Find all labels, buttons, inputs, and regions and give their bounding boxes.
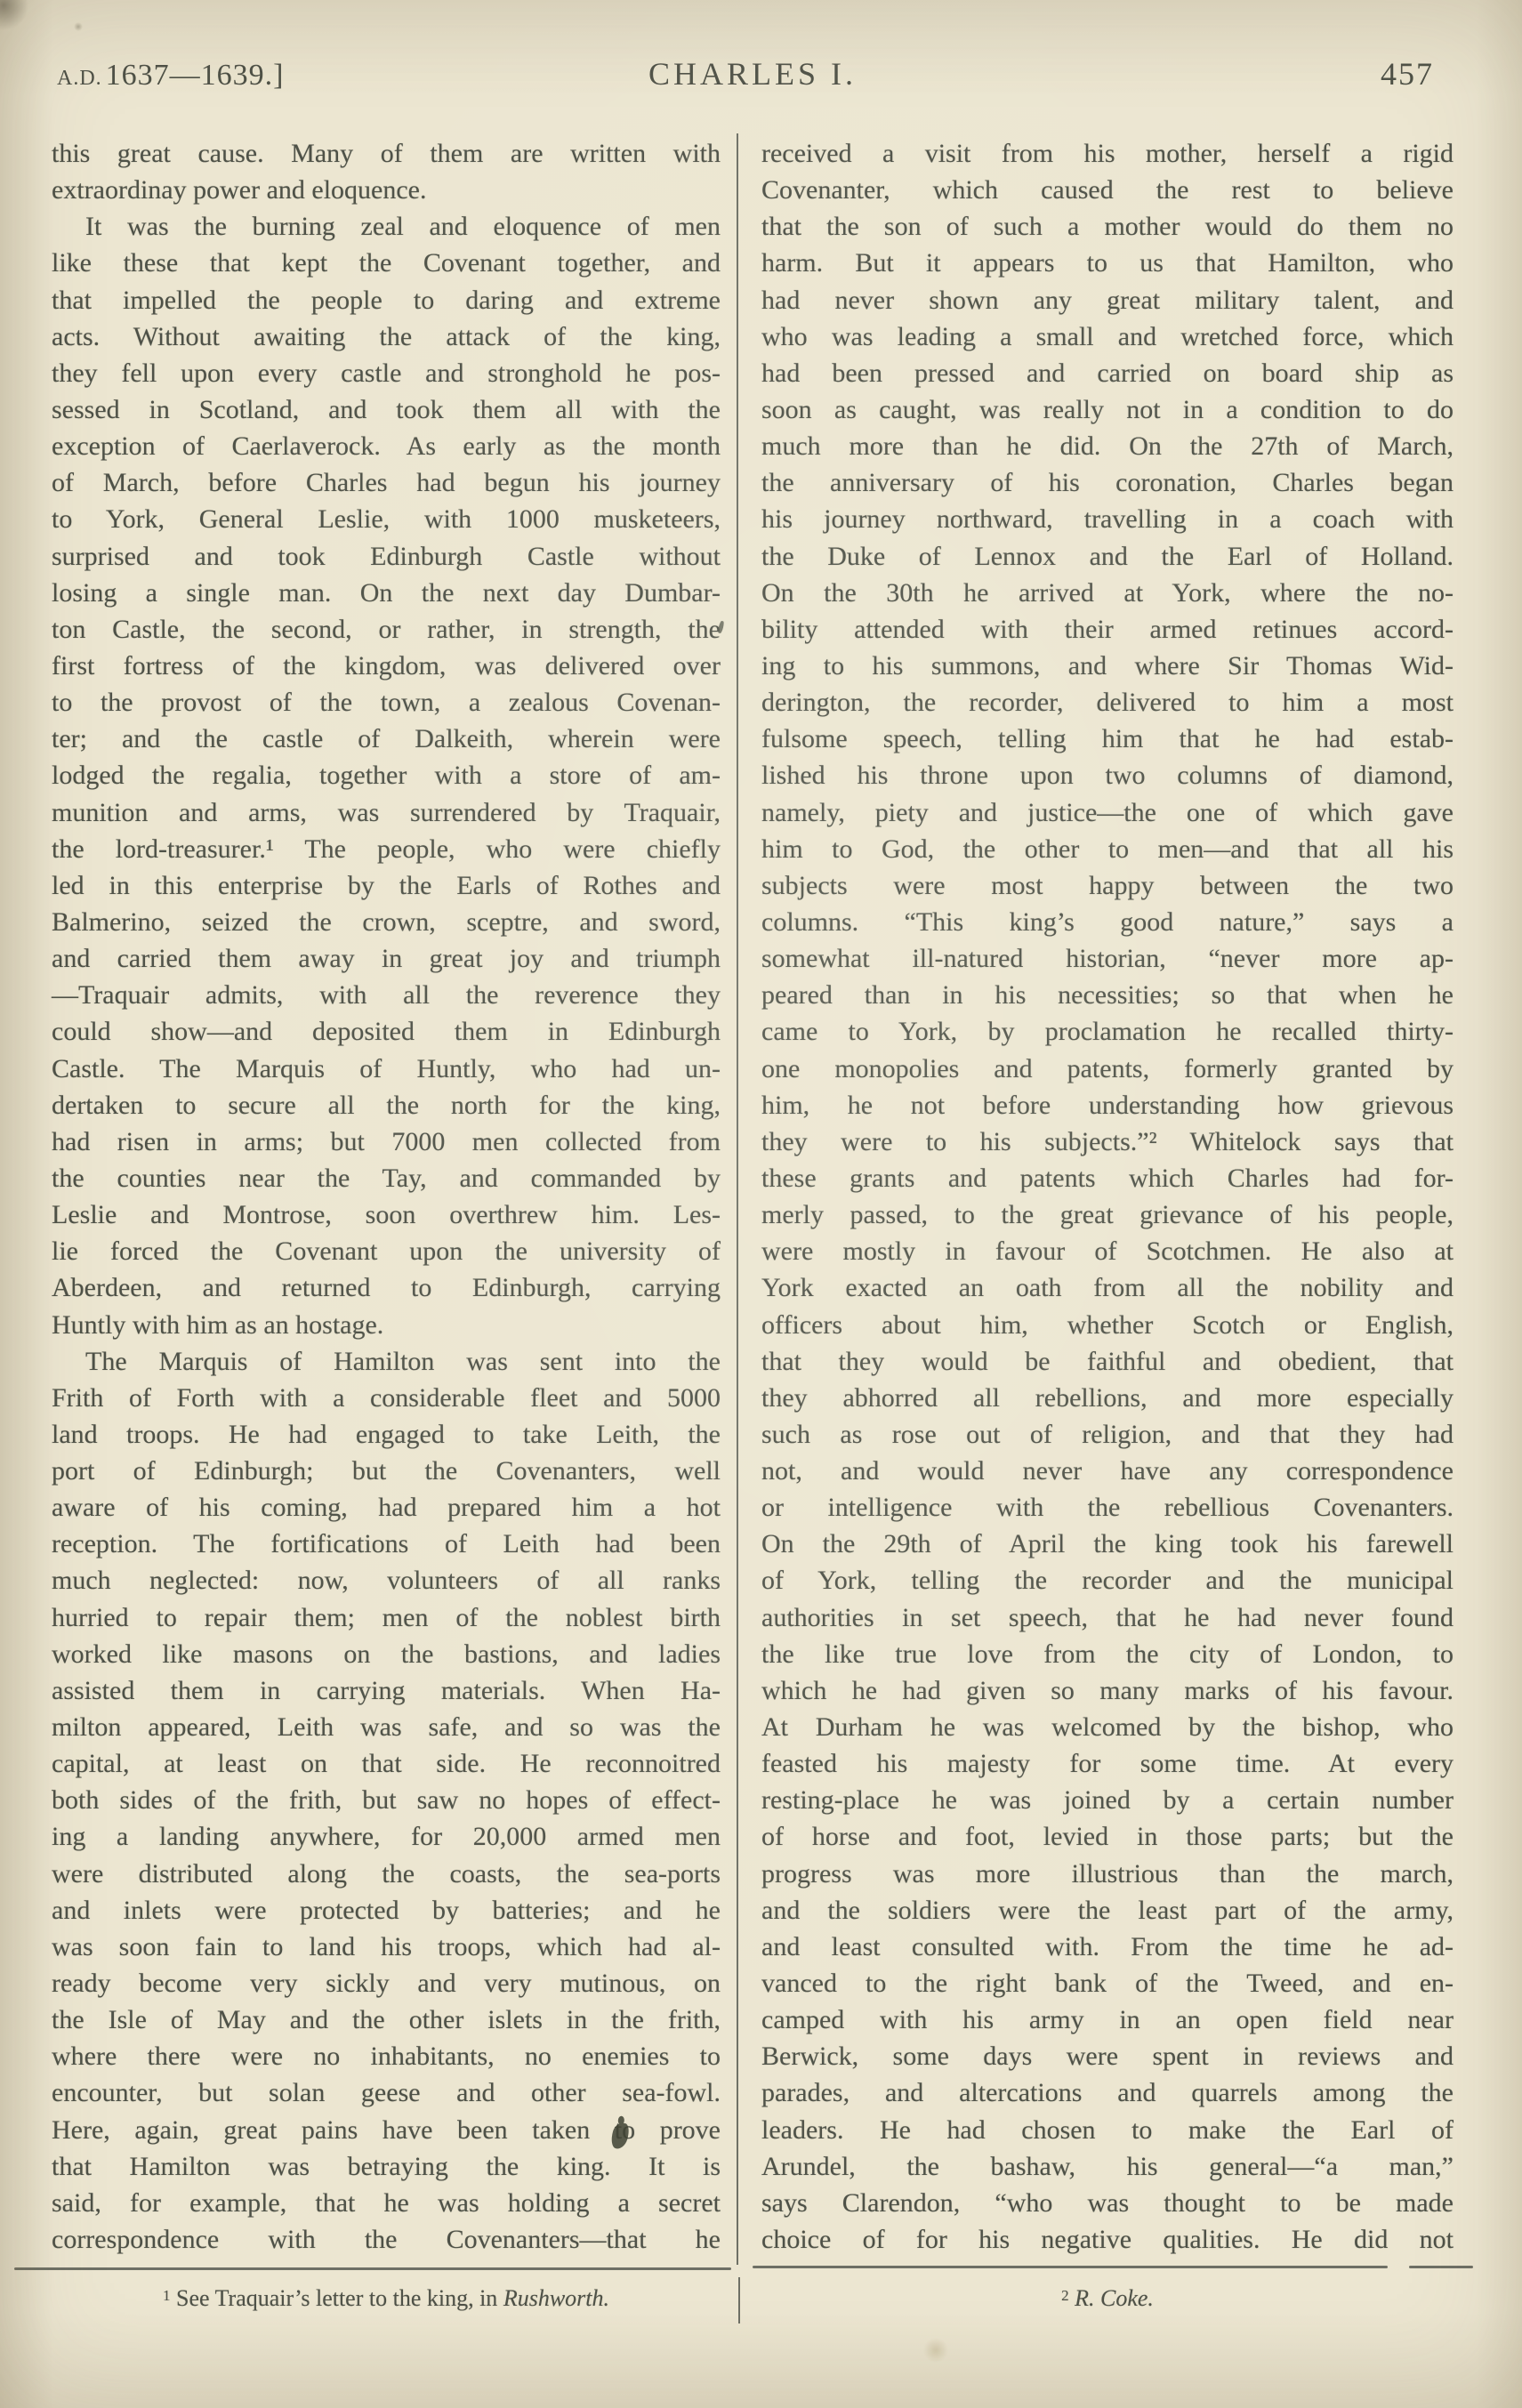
text-line: encounter, but solan geese and other sea…: [52, 2074, 721, 2111]
text-line: fulsome speech, telling him that he had …: [761, 721, 1454, 757]
footnote-marker: 2: [1061, 2287, 1069, 2304]
text-line: that Hamilton was betraying the king. It…: [52, 2148, 721, 2185]
text-line: the lord-treasurer.¹ The people, who wer…: [52, 831, 721, 867]
text-line: York exacted an oath from all the nobili…: [761, 1269, 1454, 1306]
text-line: columns. “This king’s good nature,” says…: [761, 904, 1454, 940]
text-line: harm. But it appears to us that Hamilton…: [761, 245, 1454, 281]
text-line: derington, the recorder, delivered to hi…: [761, 684, 1454, 721]
text-line: resting-place he was joined by a certain…: [761, 1782, 1454, 1818]
text-line: not, and would never have any correspond…: [761, 1453, 1454, 1489]
text-line: came to York, by proclamation he recalle…: [761, 1013, 1454, 1050]
text-line: such as rose out of religion, and that t…: [761, 1416, 1454, 1453]
text-line: hurried to repair them; men of the noble…: [52, 1599, 721, 1636]
text-line: subjects were most happy between the two: [761, 867, 1454, 904]
text-line: they were to his subjects.”² Whitelock s…: [761, 1123, 1454, 1160]
text-line: Arundel, the bashaw, his general—“a man,…: [761, 2148, 1454, 2185]
text-line: and least consulted with. From the time …: [761, 1929, 1454, 1965]
text-line: It was the burning zeal and eloquence of…: [52, 208, 721, 245]
text-line: was soon fain to land his troops, which …: [52, 1929, 721, 1965]
text-line: Leslie and Montrose, soon overthrew him.…: [52, 1196, 721, 1233]
text-line: to York, General Leslie, with 1000 muske…: [52, 501, 721, 537]
text-line: camped with his army in an open field ne…: [761, 2001, 1454, 2038]
text-line: received a visit from his mother, hersel…: [761, 135, 1454, 172]
text-line: to the provost of the town, a zealous Co…: [52, 684, 721, 721]
text-line: lodged the regalia, together with a stor…: [52, 757, 721, 793]
text-line: soon as caught, was really not in a cond…: [761, 391, 1454, 428]
footnote-right: 2 R. Coke.: [761, 2281, 1454, 2314]
text-line: were distributed along the coasts, the s…: [52, 1856, 721, 1892]
text-line: Castle. The Marquis of Huntly, who had u…: [52, 1051, 721, 1087]
text-line: worked like masons on the bastions, and …: [52, 1636, 721, 1672]
text-line: of York, telling the recorder and the mu…: [761, 1562, 1454, 1599]
text-line: On the 29th of April the king took his f…: [761, 1526, 1454, 1562]
footnote-rule-right-segment: [1409, 2266, 1473, 2268]
text-line: the anniversary of his coronation, Charl…: [761, 464, 1454, 501]
text-line: ready become very sickly and very mutino…: [52, 1965, 721, 2001]
column-divider-rule: [737, 133, 738, 2265]
text-line: says Clarendon, “who was thought to be m…: [761, 2185, 1454, 2221]
text-line: leaders. He had chosen to make the Earl …: [761, 2112, 1454, 2148]
footnote-left: 1 See Traquair’s letter to the king, in …: [52, 2281, 721, 2314]
text-line: or intelligence with the rebellious Cove…: [761, 1489, 1454, 1526]
footnote-rule-right: [753, 2266, 1388, 2268]
text-line: lie forced the Covenant upon the univers…: [52, 1233, 721, 1269]
text-line: him to God, the other to men—and that al…: [761, 831, 1454, 867]
text-line: feasted his majesty for some time. At ev…: [761, 1745, 1454, 1782]
running-title: CHARLES I.: [52, 55, 1454, 93]
text-line: where there were no inhabitants, no enem…: [52, 2038, 721, 2074]
text-line: much neglected: now, volunteers of all r…: [52, 1562, 721, 1599]
text-line: extraordinay power and eloquence.: [52, 172, 721, 208]
text-line: officers about him, whether Scotch or En…: [761, 1307, 1454, 1343]
text-line: had been pressed and carried on board sh…: [761, 355, 1454, 391]
text-line: correspondence with the Covenanters—that…: [52, 2221, 721, 2258]
text-line: losing a single man. On the next day Dum…: [52, 575, 721, 611]
text-line: surprised and took Edinburgh Castle with…: [52, 538, 721, 575]
text-line: progress was more illustrious than the m…: [761, 1856, 1454, 1892]
text-line: said, for example, that he was holding a…: [52, 2185, 721, 2221]
text-line: land troops. He had engaged to take Leit…: [52, 1416, 721, 1453]
text-line: aware of his coming, had prepared him a …: [52, 1489, 721, 1526]
text-line: they fell upon every castle and strongho…: [52, 355, 721, 391]
text-line: bility attended with their armed retinue…: [761, 611, 1454, 648]
text-line: choice of for his negative qualities. He…: [761, 2221, 1454, 2258]
footnote-source: Rushworth.: [503, 2285, 609, 2311]
text-line: which he had given so many marks of his …: [761, 1672, 1454, 1709]
page-header: A.D. 1637—1639.] CHARLES I. 457: [52, 48, 1454, 96]
text-line: capital, at least on that side. He recon…: [52, 1745, 721, 1782]
text-line: munition and arms, was surrendered by Tr…: [52, 794, 721, 831]
text-line: acts. Without awaiting the attack of the…: [52, 318, 721, 355]
text-line: port of Edinburgh; but the Covenanters, …: [52, 1453, 721, 1489]
text-line: had never shown any great military talen…: [761, 282, 1454, 318]
text-line: his journey northward, travelling in a c…: [761, 501, 1454, 537]
text-line: and carried them away in great joy and t…: [52, 940, 721, 977]
text-line: Covenanter, which caused the rest to bel…: [761, 172, 1454, 208]
footnote-source: R. Coke.: [1075, 2285, 1154, 2311]
text-line: and the soldiers were the least part of …: [761, 1892, 1454, 1929]
text-line: Berwick, some days were spent in reviews…: [761, 2038, 1454, 2074]
text-line: authorities in set speech, that he had n…: [761, 1599, 1454, 1636]
text-line: had risen in arms; but 7000 men collecte…: [52, 1123, 721, 1160]
text-line: that the son of such a mother would do t…: [761, 208, 1454, 245]
text-line: —Traquair admits, with all the reverence…: [52, 977, 721, 1013]
text-line: At Durham he was welcomed by the bishop,…: [761, 1709, 1454, 1745]
text-line: parades, and altercations and quarrels a…: [761, 2074, 1454, 2111]
text-line: the Isle of May and the other islets in …: [52, 2001, 721, 2038]
text-line: led in this enterprise by the Earls of R…: [52, 867, 721, 904]
text-line: the counties near the Tay, and commanded…: [52, 1160, 721, 1196]
text-line: ton Castle, the second, or rather, in st…: [52, 611, 721, 648]
footnote-rule-left: [14, 2267, 731, 2270]
text-line: both sides of the frith, but saw no hope…: [52, 1782, 721, 1818]
footnote-divider-rule: [738, 2277, 740, 2323]
right-column: received a visit from his mother, hersel…: [761, 135, 1454, 2258]
text-line: were mostly in favour of Scotchmen. He a…: [761, 1233, 1454, 1269]
text-line: they abhorred all rebellions, and more e…: [761, 1380, 1454, 1416]
text-line: Balmerino, seized the crown, sceptre, an…: [52, 904, 721, 940]
left-column: this great cause. Many of them are writt…: [52, 135, 721, 2258]
text-line: Aberdeen, and returned to Edinburgh, car…: [52, 1269, 721, 1306]
page-number: 457: [1381, 55, 1434, 93]
text-line: who was leading a small and wretched for…: [761, 318, 1454, 355]
text-line: that they would be faithful and obedient…: [761, 1343, 1454, 1380]
text-line: the like true love from the city of Lond…: [761, 1636, 1454, 1672]
text-line: and inlets were protected by batteries; …: [52, 1892, 721, 1929]
text-line: sessed in Scotland, and took them all wi…: [52, 391, 721, 428]
text-line: first fortress of the kingdom, was deliv…: [52, 648, 721, 684]
text-line: milton appeared, Leith was safe, and so …: [52, 1709, 721, 1745]
text-line: vanced to the right bank of the Tweed, a…: [761, 1965, 1454, 2001]
text-line: merly passed, to the great grievance of …: [761, 1196, 1454, 1233]
text-line: exception of Caerlaverock. As early as t…: [52, 428, 721, 464]
book-page: A.D. 1637—1639.] CHARLES I. 457 this gre…: [0, 0, 1522, 2408]
text-line: of March, before Charles had begun his j…: [52, 464, 721, 501]
text-line: Huntly with him as an hostage.: [52, 1307, 721, 1343]
text-line: that impelled the people to daring and e…: [52, 282, 721, 318]
text-line: reception. The fortifications of Leith h…: [52, 1526, 721, 1562]
text-line: ing a landing anywhere, for 20,000 armed…: [52, 1818, 721, 1855]
text-line: of horse and foot, levied in those parts…: [761, 1818, 1454, 1855]
text-line: one monopolies and patents, formerly gra…: [761, 1051, 1454, 1087]
footnote-marker: 1: [163, 2287, 171, 2304]
text-line: ing to his summons, and where Sir Thomas…: [761, 648, 1454, 684]
text-line: this great cause. Many of them are writt…: [52, 135, 721, 172]
text-line: could show—and deposited them in Edinbur…: [52, 1013, 721, 1050]
text-line: The Marquis of Hamilton was sent into th…: [52, 1343, 721, 1380]
text-line: the Duke of Lennox and the Earl of Holla…: [761, 538, 1454, 575]
text-line: namely, piety and justice—the one of whi…: [761, 794, 1454, 831]
text-line: dertaken to secure all the north for the…: [52, 1087, 721, 1123]
text-line: like these that kept the Covenant togeth…: [52, 245, 721, 281]
text-line: lished his throne upon two columns of di…: [761, 757, 1454, 793]
text-line: Frith of Forth with a considerable fleet…: [52, 1380, 721, 1416]
footnote-text: See Traquair’s letter to the king, in: [171, 2285, 503, 2311]
text-line: these grants and patents which Charles h…: [761, 1160, 1454, 1196]
text-line: On the 30th he arrived at York, where th…: [761, 575, 1454, 611]
text-line: peared than in his necessities; so that …: [761, 977, 1454, 1013]
text-line: assisted them in carrying materials. Whe…: [52, 1672, 721, 1709]
text-line: somewhat ill-natured historian, “never m…: [761, 940, 1454, 977]
text-line: him, he not before understanding how gri…: [761, 1087, 1454, 1123]
text-line: much more than he did. On the 27th of Ma…: [761, 428, 1454, 464]
text-line: ter; and the castle of Dalkeith, wherein…: [52, 721, 721, 757]
